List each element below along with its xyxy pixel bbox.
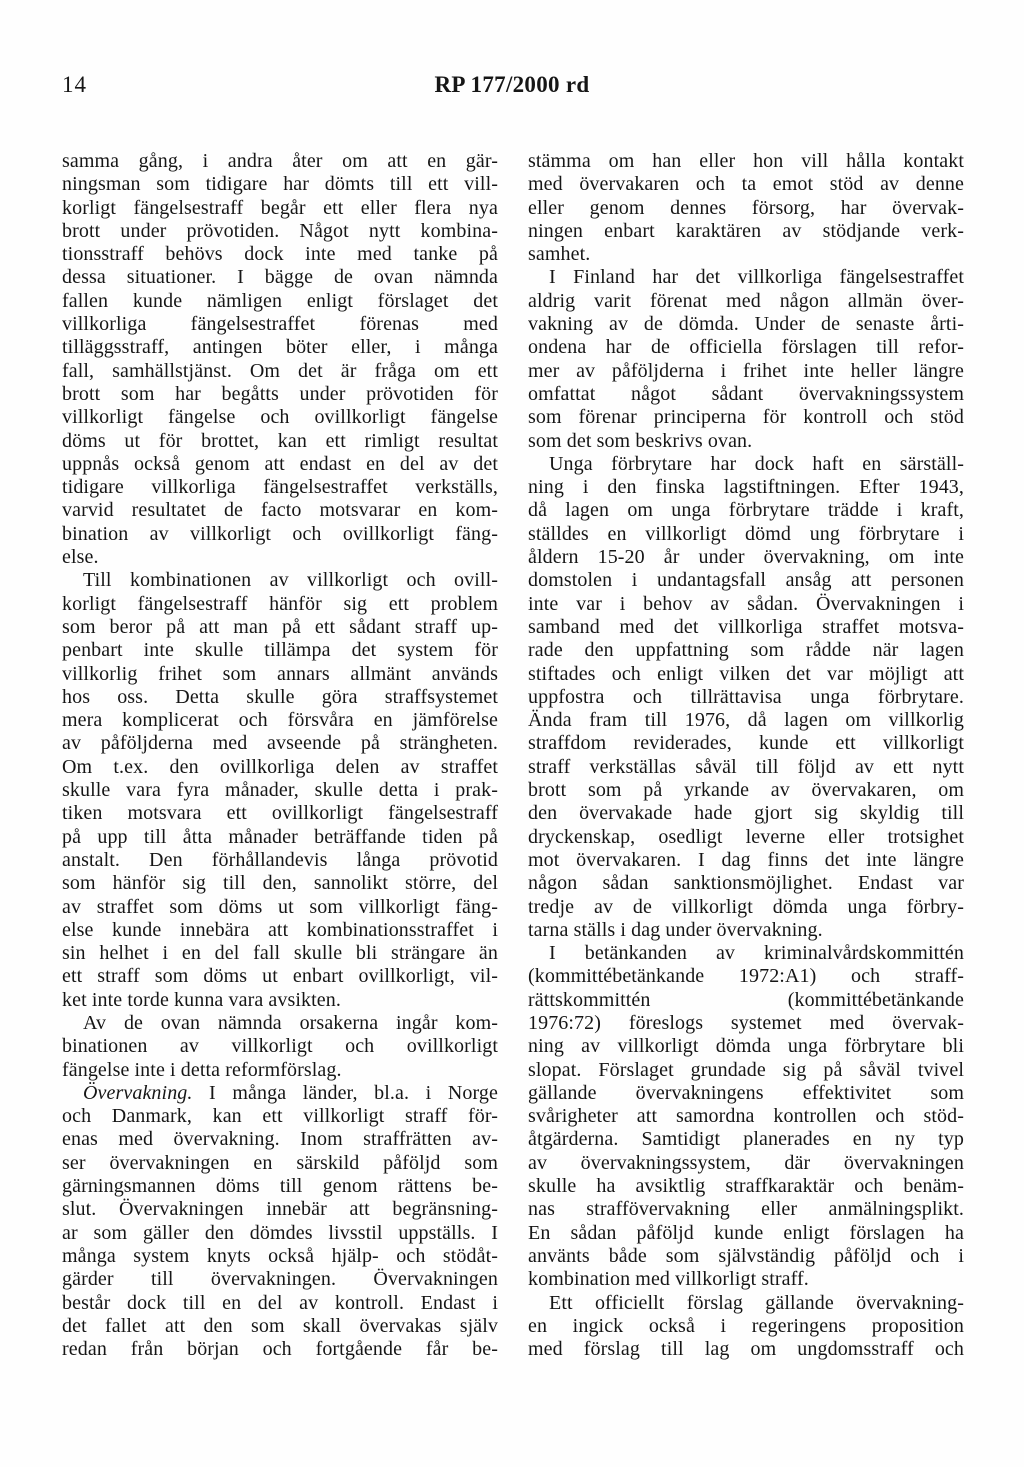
text-line: varvid resultatet de facto motsvarar en … (62, 499, 498, 522)
paragraph: stämma om han eller hon vill hålla konta… (528, 150, 964, 266)
text-line: else kunde innebära att kombinationsstra… (62, 919, 498, 942)
text-line: som hänför sig till den, sannolikt störr… (62, 872, 498, 895)
text-line: En sådan påföljd kunde enligt förslagen … (528, 1222, 964, 1245)
paragraph: samma gång, i andra åter om att en gär-n… (62, 150, 498, 569)
text-line: samma gång, i andra åter om att en gär- (62, 150, 498, 173)
text-line: uppfostra och tillrättavisa unga förbryt… (528, 686, 964, 709)
text-line: uppnås också genom att endast en del av … (62, 453, 498, 476)
text-line: slopat. Förslaget grundade sig på såväl … (528, 1059, 964, 1082)
text-line: tarna ställs i dag under övervakning. (528, 919, 964, 942)
text-line: I Finland har det villkorliga fängelsest… (528, 266, 964, 289)
text-line: ket inte torde kunna vara avsikten. (62, 989, 498, 1012)
text-line: skulle vara fyra månader, skulle detta i… (62, 779, 498, 802)
text-line: korligt fängelsestraff begår ett eller f… (62, 197, 498, 220)
text-line: ett straff som döms ut enbart ovillkorli… (62, 965, 498, 988)
text-line: gärningsmannen döms till genom rättens b… (62, 1175, 498, 1198)
text-line: döms ut för brottet, kan ett rimligt res… (62, 430, 498, 453)
text-line: Av de ovan nämnda orsakerna ingår kom- (62, 1012, 498, 1035)
text-line: Till kombinationen av villkorligt och ov… (62, 569, 498, 592)
paragraph: Till kombinationen av villkorligt och ov… (62, 569, 498, 1012)
text-line: stämma om han eller hon vill hålla konta… (528, 150, 964, 173)
text-line: då lagen om unga förbrytare trädde i kra… (528, 499, 964, 522)
text-line: Ett officiellt förslag gällande övervakn… (528, 1292, 964, 1315)
text-line: tilläggsstraff, antingen böter eller, i … (62, 336, 498, 359)
text-line: ondena har de officiella förslagen till … (528, 336, 964, 359)
text-line: slut. Övervakningen innebär att begränsn… (62, 1198, 498, 1221)
text-line: enas med övervakning. Inom straffrätten … (62, 1128, 498, 1151)
text-line: dessa situationer. I bägge de ovan nämnd… (62, 266, 498, 289)
text-line: åldern 15-20 år under övervakning, om in… (528, 546, 964, 569)
text-line: på upp till åtta månader beträffande tid… (62, 826, 498, 849)
text-line: (kommittébetänkande 1972:A1) och straff- (528, 965, 964, 988)
text-line: tiken motsvara ett ovillkorligt fängelse… (62, 802, 498, 825)
text-line: penbart inte skulle tillämpa det system … (62, 639, 498, 662)
text-line: brott som har begåtts under prövotiden f… (62, 383, 498, 406)
text-line: domstolen i undantagsfall ansåg att pers… (528, 569, 964, 592)
text-line: fallen kunde nämligen enligt förslaget d… (62, 290, 498, 313)
page-number: 14 (62, 71, 87, 99)
text-line: svårigheter att samordna kontrollen och … (528, 1105, 964, 1128)
paragraph: Ett officiellt förslag gällande övervakn… (528, 1292, 964, 1362)
text-line: ser övervakningen en särskild påföljd so… (62, 1152, 498, 1175)
text-line: brott som på yrkande av övervakaren, om (528, 779, 964, 802)
text-line: en ingick också i regeringens propositio… (528, 1315, 964, 1338)
text-line: ning av villkorligt dömda unga förbrytar… (528, 1035, 964, 1058)
text-line: skulle ha avsiktlig straffkaraktär och b… (528, 1175, 964, 1198)
text-line: Övervakning. I många länder, bl.a. i Nor… (62, 1082, 498, 1105)
text-columns: samma gång, i andra åter om att en gär-n… (62, 150, 964, 1361)
text-line: ställdes en villkorligt dömd ung förbryt… (528, 523, 964, 546)
text-line: korligt fängelsestraff hänför sig ett pr… (62, 593, 498, 616)
text-line: som det som beskrivs ovan. (528, 430, 964, 453)
paragraph: Unga förbrytare har dock haft en särstäl… (528, 453, 964, 942)
paragraph: Övervakning. I många länder, bl.a. i Nor… (62, 1082, 498, 1362)
document-page: 14 RP 177/2000 rd samma gång, i andra åt… (0, 0, 1024, 1467)
text-line: med förslag till lag om ungdomsstraff oc… (528, 1338, 964, 1361)
text-line: många system knyts också hjälp- och stöd… (62, 1245, 498, 1268)
left-column: samma gång, i andra åter om att en gär-n… (62, 150, 498, 1361)
text-line: mera komplicerat och försvåra en jämföre… (62, 709, 498, 732)
text-line: eller genom dennes försorg, har övervak- (528, 197, 964, 220)
document-title: RP 177/2000 rd (0, 71, 1024, 99)
text-line: gällande övervakningens effektivitet som (528, 1082, 964, 1105)
text-line: binationen av villkorligt och ovillkorli… (62, 1035, 498, 1058)
paragraph: I betänkanden av kriminalvårdskommittén(… (528, 942, 964, 1291)
text-line: villkorliga fängelsestraffet förenas med (62, 313, 498, 336)
text-line: straff verkställas såväl till följd av e… (528, 756, 964, 779)
text-line: ningsman som tidigare har dömts till ett… (62, 173, 498, 196)
text-line: 1976:72) föreslogs systemet med övervak- (528, 1012, 964, 1035)
text-line: anstalt. Den förhållandevis långa prövot… (62, 849, 498, 872)
text-line: mot övervakaren. I dag finns det inte lä… (528, 849, 964, 872)
text-line: det fallet att den som skall övervakas s… (62, 1315, 498, 1338)
text-line: Ända fram till 1976, då lagen om villkor… (528, 709, 964, 732)
text-line: ning i den finska lagstiftningen. Efter … (528, 476, 964, 499)
right-column: stämma om han eller hon vill hålla konta… (528, 150, 964, 1361)
text-line: rade den uppfattning som rådde när lagen (528, 639, 964, 662)
paragraph: Av de ovan nämnda orsakerna ingår kom-bi… (62, 1012, 498, 1082)
text-line: vakning av de dömda. Under de senaste år… (528, 313, 964, 336)
text-line: som beror på att man på ett sådant straf… (62, 616, 498, 639)
text-line: mer av påföljderna i frihet inte heller … (528, 360, 964, 383)
page-header: 14 RP 177/2000 rd (0, 71, 1024, 101)
text-line: med övervakaren och ta emot stöd av denn… (528, 173, 964, 196)
text-line: av övervakningssystem, där övervakningen (528, 1152, 964, 1175)
text-line: stiftades och enligt vilken det var möjl… (528, 663, 964, 686)
text-line: tredje av de villkorligt dömda unga förb… (528, 896, 964, 919)
text-line: använts både som självständig påföljd oc… (528, 1245, 964, 1268)
text-line: samband med det villkorliga straffet mot… (528, 616, 964, 639)
text-line: I betänkanden av kriminalvårdskommittén (528, 942, 964, 965)
text-line: aldrig varit förenat med någon allmän öv… (528, 290, 964, 313)
text-line: else. (62, 546, 498, 569)
text-line: villkorligt fängelse och ovillkorligt fä… (62, 406, 498, 429)
text-line: omfattat något sådant övervakningssystem (528, 383, 964, 406)
text-line: tionsstraff behövs dock inte med tanke p… (62, 243, 498, 266)
text-line: gärder till övervakningen. Övervakningen (62, 1268, 498, 1291)
text-line: och Danmark, kan ett villkorligt straff … (62, 1105, 498, 1128)
text-line: består dock till en del av kontroll. End… (62, 1292, 498, 1315)
text-line: fängelse inte i detta reformförslag. (62, 1059, 498, 1082)
text-line: samhet. (528, 243, 964, 266)
text-line: Unga förbrytare har dock haft en särstäl… (528, 453, 964, 476)
text-line: bination av villkorligt och ovillkorligt… (62, 523, 498, 546)
text-line: Om t.ex. den ovillkorliga delen av straf… (62, 756, 498, 779)
text-line: som förenar principerna för kontroll och… (528, 406, 964, 429)
text-line: ar som gäller den dömdes livsstil uppstä… (62, 1222, 498, 1245)
text-line: sin helhet i en del fall skulle bli strä… (62, 942, 498, 965)
text-line: dryckenskap, osedligt leverne eller trot… (528, 826, 964, 849)
text-line: redan från början och fortgående får be- (62, 1338, 498, 1361)
text-line: brott under prövotiden. Något nytt kombi… (62, 220, 498, 243)
text-line: rättskommittén (kommittébetänkande (528, 989, 964, 1012)
text-line: ningen enbart karaktären av stödjande ve… (528, 220, 964, 243)
text-line: av påföljderna med avseende på stränghet… (62, 732, 498, 755)
text-line: straffdom reviderades, kunde ett villkor… (528, 732, 964, 755)
text-line: av straffet som döms ut som villkorligt … (62, 896, 498, 919)
text-line: hos oss. Detta skulle göra straffsysteme… (62, 686, 498, 709)
text-line: kombination med villkorligt straff. (528, 1268, 964, 1291)
text-line: någon sådan sanktionsmöjlighet. Endast v… (528, 872, 964, 895)
text-line: åtgärderna. Samtidigt planerades en ny t… (528, 1128, 964, 1151)
paragraph: I Finland har det villkorliga fängelsest… (528, 266, 964, 452)
text-line: den övervakade hade gjort sig skyldig ti… (528, 802, 964, 825)
text-line: inte var i behov av sådan. Övervakningen… (528, 593, 964, 616)
text-line: tidigare villkorliga fängelsestraffet ve… (62, 476, 498, 499)
italic-lead: Övervakning. (83, 1082, 193, 1104)
text-line: nas straffövervakning eller anmälningspl… (528, 1198, 964, 1221)
text-line: villkorlig frihet som annars allmänt anv… (62, 663, 498, 686)
text-line: fall, samhällstjänst. Om det är fråga om… (62, 360, 498, 383)
